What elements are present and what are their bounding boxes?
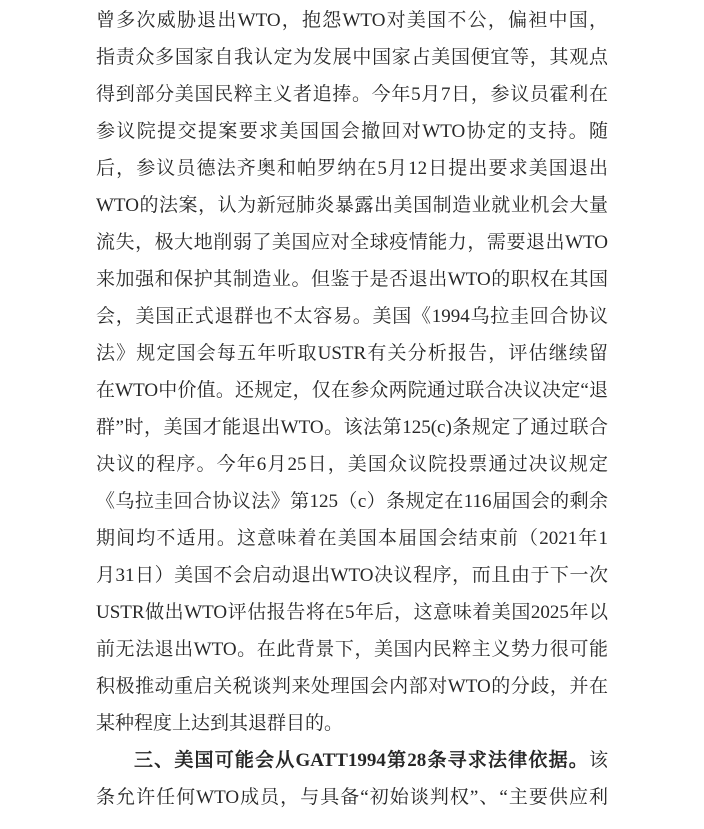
- text-line: 流失，极大地削弱了美国应对全球疫情能力，需要退出WTO: [96, 224, 608, 261]
- text-line: 参议院提交提案要求美国国会撤回对WTO协定的支持。随: [96, 113, 608, 150]
- text-line: 指责众多国家自我认定为发展中国家占美国便宜等，其观点: [96, 39, 608, 76]
- document-text-block: 曾多次威胁退出WTO，抱怨WTO对美国不公，偏袒中国， 指责众多国家自我认定为发…: [96, 2, 608, 816]
- text-line: 群”时，美国才能退出WTO。该法第125(c)条规定了通过联合: [96, 409, 608, 446]
- text-line: 期间均不适用。这意味着在美国本届国会结束前（2021年1: [96, 520, 608, 557]
- section-heading-bold-text: 三、美国可能会从GATT1994第28条寻求法律依据。: [134, 750, 589, 771]
- section-heading-tail-text: 该: [589, 750, 608, 771]
- text-line-paragraph-end: 某种程度上达到其退群目的。: [96, 705, 608, 742]
- text-line: WTO的法案，认为新冠肺炎暴露出美国制造业就业机会大量: [96, 187, 608, 224]
- text-line: 条允许任何WTO成员，与具备“初始谈判权”、“主要供应利: [96, 779, 608, 816]
- text-line: 决议的程序。今年6月25日，美国众议院投票通过决议规定: [96, 446, 608, 483]
- text-line: USTR做出WTO评估报告将在5年后，这意味着美国2025年以: [96, 594, 608, 631]
- text-line: 得到部分美国民粹主义者追捧。今年5月7日，参议员霍利在: [96, 76, 608, 113]
- text-line: 法》规定国会每五年听取USTR有关分析报告，评估继续留: [96, 335, 608, 372]
- text-line: 《乌拉圭回合协议法》第125（c）条规定在116届国会的剩余: [96, 483, 608, 520]
- text-line: 后，参议员德法齐奥和帕罗纳在5月12日提出要求美国退出: [96, 150, 608, 187]
- section-heading-line: 三、美国可能会从GATT1994第28条寻求法律依据。该: [96, 742, 608, 779]
- text-line: 会，美国正式退群也不太容易。美国《1994乌拉圭回合协议: [96, 298, 608, 335]
- text-line: 在WTO中价值。还规定，仅在参众两院通过联合决议决定“退: [96, 372, 608, 409]
- text-line: 曾多次威胁退出WTO，抱怨WTO对美国不公，偏袒中国，: [96, 2, 608, 39]
- text-line: 来加强和保护其制造业。但鉴于是否退出WTO的职权在其国: [96, 261, 608, 298]
- document-page: 曾多次威胁退出WTO，抱怨WTO对美国不公，偏袒中国， 指责众多国家自我认定为发…: [0, 0, 704, 829]
- text-line: 月31日）美国不会启动退出WTO决议程序，而且由于下一次: [96, 557, 608, 594]
- text-line: 积极推动重启关税谈判来处理国会内部对WTO的分歧，并在: [96, 668, 608, 705]
- text-line: 前无法退出WTO。在此背景下，美国内民粹主义势力很可能: [96, 631, 608, 668]
